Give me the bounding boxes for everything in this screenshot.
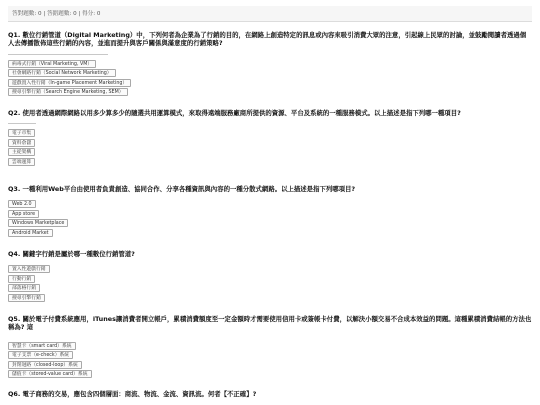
option-button[interactable]: 雲端運算 xyxy=(8,158,35,166)
options-list: Web 2.0 App store Windows Marketplace An… xyxy=(8,200,532,237)
option-button[interactable]: 儲值卡（stored-value card）系統 xyxy=(8,370,92,378)
option-button[interactable]: App store xyxy=(8,210,39,218)
option-button[interactable]: 行動行銷 xyxy=(8,275,35,283)
option-button[interactable]: Web 2.0 xyxy=(8,200,36,208)
option-button[interactable]: 遊戲置入性行銷（In-game Placement Marketing） xyxy=(8,79,131,87)
question-3: Q3. 一種利用Web平台由使用者負責創造、協同合作、分享各種資訊與內容的一種分… xyxy=(8,185,532,238)
question-2: Q2. 使用者透過網際網路以用多少算多少的隨選共用運算模式，來取得遠端服務廠商所… xyxy=(8,109,532,167)
option-button[interactable]: 封閉迴路（closed-loop）系統 xyxy=(8,361,82,369)
option-button[interactable]: 社會網路行銷（Social Network Marketing） xyxy=(8,69,116,77)
option-button[interactable]: Android Market xyxy=(8,229,53,237)
option-button[interactable]: 搜尋引擎行銷 xyxy=(8,294,45,302)
question-title: Q1. 數位行銷管道（Digital Marketing）中，下列何者為企業為了… xyxy=(8,31,532,48)
question-title: Q4. 關鍵字行銷是屬於哪一種數位行銷管道? xyxy=(8,250,532,258)
question-title: Q5. 關於電子付費系統應用，iTunes讓消費者開立帳戶，累積消費額度至一定金… xyxy=(8,315,532,332)
option-button[interactable]: 智慧卡（smart card）系統 xyxy=(8,342,76,350)
options-list: 置入性遊戲行銷 行動行銷 部落格行銷 搜尋引擎行銷 xyxy=(8,265,532,302)
option-button[interactable]: 主從架構 xyxy=(8,148,35,156)
score-bar: 答對題數: 0 | 答錯題數: 0 | 得分: 0 xyxy=(8,6,532,22)
option-button[interactable]: 資料倉儲 xyxy=(8,139,35,147)
option-button[interactable]: Windows Marketplace xyxy=(8,219,68,227)
option-button[interactable]: 部落格行銷 xyxy=(8,284,40,292)
options-list: 智慧卡（smart card）系統 電子支票（e-check）系統 封閉迴路（c… xyxy=(8,342,532,379)
option-button[interactable]: 置入性遊戲行銷 xyxy=(8,265,50,273)
option-button[interactable]: 電子市集 xyxy=(8,129,35,137)
option-button[interactable]: 病毒式行銷（Viral Marketing, VM） xyxy=(8,60,96,68)
question-6: Q6. 電子商務的交易，應包含四個層面：商流、物流、金流、資訊流。何者【不正確】… xyxy=(8,390,532,398)
options-list: 電子市集 資料倉儲 主從架構 雲端運算 xyxy=(8,129,532,166)
options-list: 病毒式行銷（Viral Marketing, VM） 社會網路行銷（Social… xyxy=(8,60,532,97)
question-title: Q2. 使用者透過網際網路以用多少算多少的隨選共用運算模式，來取得遠端服務廠商所… xyxy=(8,109,532,117)
score-text: 答對題數: 0 | 答錯題數: 0 | 得分: 0 xyxy=(12,11,100,17)
question-4: Q4. 關鍵字行銷是屬於哪一種數位行銷管道? 置入性遊戲行銷 行動行銷 部落格行… xyxy=(8,250,532,303)
question-title: Q3. 一種利用Web平台由使用者負責創造、協同合作、分享各種資訊與內容的一種分… xyxy=(8,185,532,193)
question-1: Q1. 數位行銷管道（Digital Marketing）中，下列何者為企業為了… xyxy=(8,31,532,98)
option-button[interactable]: 電子支票（e-check）系統 xyxy=(8,351,73,359)
divider xyxy=(8,123,36,124)
question-5: Q5. 關於電子付費系統應用，iTunes讓消費者開立帳戶，累積消費額度至一定金… xyxy=(8,315,532,380)
divider xyxy=(8,54,108,55)
question-title: Q6. 電子商務的交易，應包含四個層面：商流、物流、金流、資訊流。何者【不正確】… xyxy=(8,390,532,398)
option-button[interactable]: 搜尋引擎行銷（Search Engine Marketing, SEM） xyxy=(8,88,128,96)
